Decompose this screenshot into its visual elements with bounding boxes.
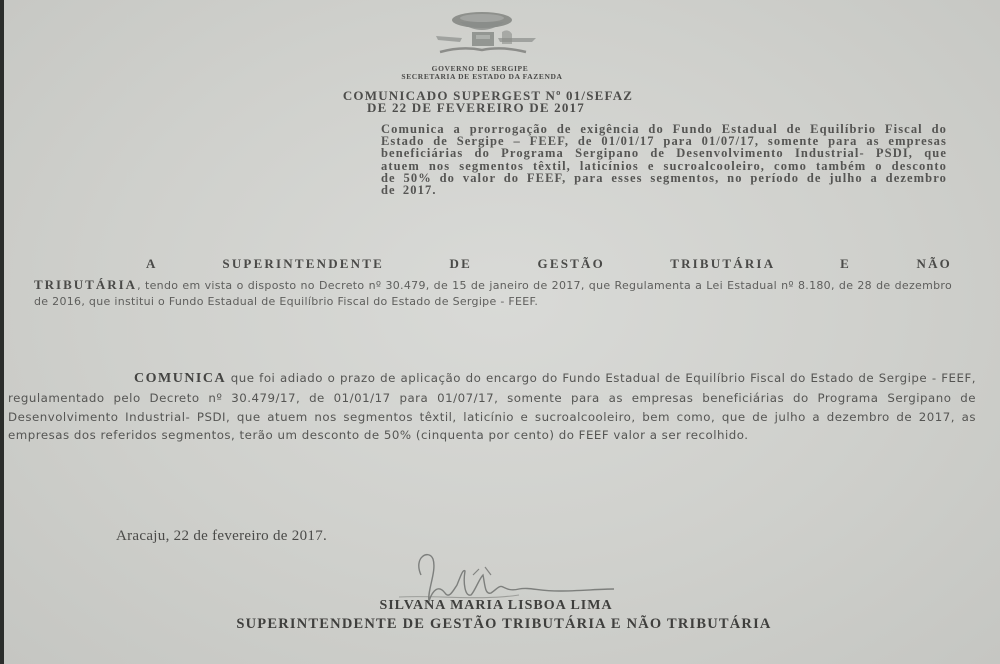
preamble-paragraph: A SUPERINTENDENTE DE GESTÃO TRIBUTÁRIA E… <box>34 256 952 311</box>
department-name: SECRETARIA DE ESTADO DA FAZENDA <box>4 66 1000 84</box>
body-lead: COMUNICA <box>134 371 226 386</box>
preamble-lead-continued: TRIBUTÁRIA <box>34 277 137 292</box>
preamble-text: , tendo em vista o disposto no Decreto n… <box>34 279 952 309</box>
document-date-title: DE 22 DE FEVEREIRO DE 2017 <box>4 100 1000 116</box>
document-page: GOVERNO DE SERGIPE SECRETARIA DE ESTADO … <box>4 0 1000 664</box>
body-paragraph: COMUNICA que foi adiado o prazo de aplic… <box>8 369 976 445</box>
signer-role: SUPERINTENDENTE DE GESTÃO TRIBUTÁRIA E N… <box>59 616 949 633</box>
preamble-lead: A SUPERINTENDENTE DE GESTÃO TRIBUTÁRIA E… <box>34 256 952 273</box>
place-and-date: Aracaju, 22 de fevereiro de 2017. <box>116 528 327 545</box>
document-summary: Comunica a prorrogação de exigência do F… <box>381 123 947 196</box>
signer-name: SILVANA MARIA LISBOA LIMA <box>4 598 1000 614</box>
state-coat-of-arms-icon <box>432 8 542 58</box>
